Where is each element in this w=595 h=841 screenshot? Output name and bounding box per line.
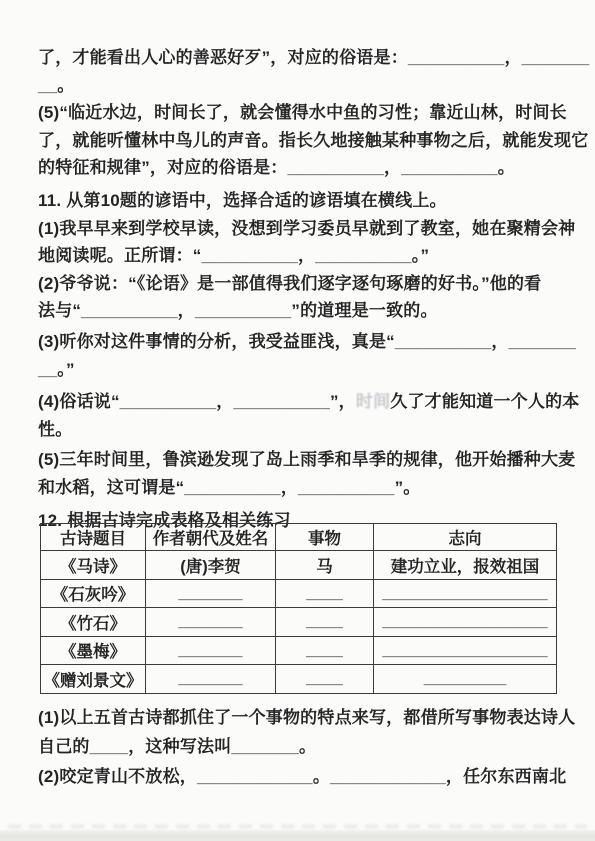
table-cell: 马 bbox=[276, 551, 374, 580]
table-cell: 《赠刘景文》 bbox=[41, 665, 146, 694]
table-cell-blank: __________________ bbox=[374, 608, 557, 637]
scan-edge-strip bbox=[0, 830, 595, 841]
table-cell-blank: _______ bbox=[146, 579, 276, 608]
text-line-q11-5a: (5)三年时间里，鲁滨逊发现了岛上雨季和旱季的规律，他开始播种大麦 bbox=[38, 446, 572, 474]
poem-table: 古诗题目 作者朝代及姓名 事物 志向 《马诗》 (唐)李贺 马 建功立业，报效祖… bbox=[40, 523, 557, 694]
text-line-q10-5c: 的特征和规律”，对应的俗语是：__________，__________。 bbox=[38, 154, 572, 182]
text-line-q11-3b: __。” bbox=[38, 356, 572, 384]
table-cell-blank: ____ bbox=[276, 665, 374, 694]
text-line-q11-4a: (4)俗话说“__________，__________”，时间久了才能知道一个… bbox=[38, 388, 572, 416]
table-cell: (唐)李贺 bbox=[146, 551, 276, 580]
page-bleed-through bbox=[8, 824, 587, 829]
text-line-q11-2b: 法与“__________，__________”的道理是一致的。 bbox=[38, 297, 572, 325]
table-cell-blank: _______ bbox=[146, 608, 276, 637]
table-header-poem-title: 古诗题目 bbox=[41, 524, 146, 551]
q11-4-smudged-text: 时间 bbox=[356, 392, 390, 411]
text-line-q12-1a: (1)以上五首古诗都抓住了一个事物的特点来写，都借所写事物表达诗人 bbox=[38, 703, 572, 732]
table-cell: 《墨梅》 bbox=[41, 636, 146, 665]
table-followup-block: (1)以上五首古诗都抓住了一个事物的特点来写，都借所写事物表达诗人 自己的___… bbox=[38, 703, 572, 791]
table-cell-blank: __________________ bbox=[374, 636, 557, 665]
table-row-zengliujingwen: 《赠刘景文》 _______ ____ _________ bbox=[41, 665, 557, 694]
table-cell-blank: ____ bbox=[276, 579, 374, 608]
table-cell: 建功立业，报效祖国 bbox=[374, 551, 557, 580]
question-11-heading: 11. 从第10题的谚语中，选择合适的谚语填在横线上。 bbox=[38, 187, 572, 215]
text-line-q11-2a: (2)爷爷说：“《论语》是一部值得我们逐字逐句琢磨的好书。”他的看 bbox=[38, 270, 572, 298]
question-text-block: 了，才能看出人心的善恶好歹”，对应的俗语是：__________，_______… bbox=[38, 44, 572, 534]
table-row-momei: 《墨梅》 _______ ____ __________________ bbox=[41, 636, 557, 665]
text-line-q11-5b: 和水稻，这可谓是“__________，__________”。 bbox=[38, 474, 572, 502]
text-line-q12-1b: 自己的____，这种写法叫_______。 bbox=[38, 732, 572, 761]
q11-4-prefix: (4)俗话说“__________，__________”， bbox=[38, 392, 356, 411]
text-line-q11-1b: 地阅读呢。正所谓：“__________，__________。” bbox=[38, 242, 572, 270]
table-cell: 《竹石》 bbox=[41, 608, 146, 637]
table-cell-blank: ____ bbox=[276, 636, 374, 665]
q11-4-suffix: 久了才能知道一个人的本 bbox=[390, 392, 579, 411]
worksheet-page: { "page": { "background_color": "#fbfbfa… bbox=[0, 0, 595, 841]
table-cell-blank: ____ bbox=[276, 608, 374, 637]
table-header-subject: 事物 bbox=[276, 524, 374, 551]
table-row-mashi: 《马诗》 (唐)李贺 马 建功立业，报效祖国 bbox=[41, 551, 557, 580]
table-row-zhushi: 《竹石》 _______ ____ __________________ bbox=[41, 608, 557, 637]
text-line-q10-4-tail: __。 bbox=[38, 72, 572, 100]
table-cell-blank: _________ bbox=[374, 665, 557, 694]
text-line-q10-5b: 了，就能听懂林中鸟儿的声音。指长久地接触某种事物之后，就能发现它 bbox=[38, 127, 572, 155]
text-line-q11-1a: (1)我早早来到学校早读，没想到学习委员早就到了教室，她在聚精会神 bbox=[38, 215, 572, 243]
table-row-shihuiyin: 《石灰吟》 _______ ____ __________________ bbox=[41, 579, 557, 608]
table-cell-blank: _______ bbox=[146, 665, 276, 694]
table-header-row: 古诗题目 作者朝代及姓名 事物 志向 bbox=[41, 524, 557, 551]
text-line-q10-4-wrap: 了，才能看出人心的善恶好歹”，对应的俗语是：__________，_______ bbox=[38, 44, 572, 72]
table-cell: 《马诗》 bbox=[41, 551, 146, 580]
table-cell-blank: __________________ bbox=[374, 579, 557, 608]
text-line-q12-2: (2)咬定青山不放松，____________。____________，任尔东… bbox=[38, 762, 572, 791]
table-cell-blank: _______ bbox=[146, 636, 276, 665]
table-cell: 《石灰吟》 bbox=[41, 579, 146, 608]
text-line-q11-3a: (3)听你对这件事情的分析，我受益匪浅，真是“__________，______… bbox=[38, 328, 572, 356]
table-header-author: 作者朝代及姓名 bbox=[146, 524, 276, 551]
text-line-q10-5a: (5)“临近水边，时间长了，就会懂得水中鱼的习性；靠近山林，时间长 bbox=[38, 99, 572, 127]
table-header-aspiration: 志向 bbox=[374, 524, 557, 551]
text-line-q11-4b: 性。 bbox=[38, 416, 572, 444]
